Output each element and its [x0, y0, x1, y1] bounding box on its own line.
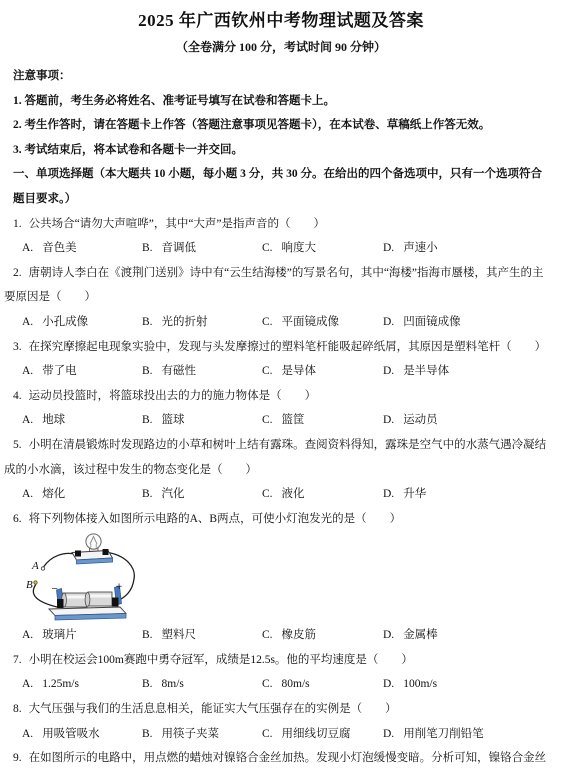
question-text: 将下列物体接入如图所示电路的A、B两点，可使小灯泡发光的是（ ）: [29, 513, 401, 525]
options-row: A.用吸管吸水 B.用筷子夹菜 C.用细线切豆腐 D.用削笔刀削铅笔: [4, 722, 550, 747]
option-text: 篮筐: [282, 414, 305, 426]
option-label: D.: [383, 678, 394, 690]
page-content: 注意事项： 1. 答题前，考生务必将姓名、准考证号填写在试卷和答题卡上。 2. …: [0, 64, 562, 771]
option-text: 用筷子夹菜: [162, 728, 220, 740]
option-label: B.: [142, 728, 153, 740]
option-d: D.金属棒: [383, 623, 550, 648]
question-text-row: 2.唐朝诗人李白在《渡荆门送别》诗中有“云生结海楼”的写景名句，其中“海楼”指海…: [4, 261, 550, 310]
option-label: B.: [142, 242, 153, 254]
option-text: 100m/s: [403, 678, 437, 690]
question-text: 运动员投篮时，将篮球投出去的力的施力物体是（ ）: [29, 390, 317, 402]
option-label: A.: [22, 242, 33, 254]
question-text-row: 3.在探究摩擦起电现象实验中，发现与头发摩擦过的塑料笔杆能吸起碎纸屑，其原因是塑…: [4, 335, 550, 360]
question-text: 在探究摩擦起电现象实验中，发现与头发摩擦过的塑料笔杆能吸起碎纸屑，其原因是塑料笔…: [29, 341, 547, 353]
question-number: 6.: [13, 513, 22, 525]
option-text: 小孔成像: [42, 316, 88, 328]
options-row: A.音色美 B.音调低 C.响度大 D.声速小: [4, 236, 550, 261]
battery-contact-right: [112, 598, 119, 607]
option-text: 凹面镜成像: [403, 316, 461, 328]
question-3: 3.在探究摩擦起电现象实验中，发现与头发摩擦过的塑料笔杆能吸起碎纸屑，其原因是塑…: [4, 335, 550, 384]
option-label: D.: [383, 629, 394, 641]
battery-cell-2: [88, 592, 112, 606]
option-label: B.: [142, 488, 153, 500]
option-label: C.: [262, 678, 273, 690]
circuit-svg: A B: [24, 531, 194, 623]
option-label: C.: [262, 365, 273, 377]
option-label: A.: [22, 488, 33, 500]
battery-cap: [85, 593, 90, 607]
option-label: C.: [262, 414, 273, 426]
notice-heading: 注意事项：: [4, 64, 550, 89]
option-label: D.: [383, 242, 394, 254]
option-a: A.小孔成像: [22, 310, 142, 335]
question-text-row: 8.大气压强与我们的生活息息相关，能证实大气压强存在的实例是（ ）: [4, 697, 550, 722]
option-label: A.: [22, 629, 33, 641]
notice-section: 注意事项： 1. 答题前，考生务必将姓名、准考证号填写在试卷和答题卡上。 2. …: [4, 64, 550, 162]
option-b: B.有磁性: [142, 359, 262, 384]
option-a: A.地球: [22, 408, 142, 433]
terminal-b-dot: [34, 581, 37, 584]
question-2: 2.唐朝诗人李白在《渡荆门送别》诗中有“云生结海楼”的写景名句，其中“海楼”指海…: [4, 261, 550, 335]
option-label: A.: [22, 414, 33, 426]
option-c: C.平面镜成像: [262, 310, 383, 335]
option-text: 有磁性: [162, 365, 197, 377]
option-label: A.: [22, 365, 33, 377]
option-c: C.80m/s: [262, 672, 383, 697]
option-label: A.: [22, 728, 33, 740]
question-number: 3.: [13, 341, 22, 353]
options-row: A.1.25m/s B.8m/s C.80m/s D.100m/s: [4, 672, 550, 697]
notice-item-2: 2. 考生作答时，请在答题卡上作答（答题注意事项见答题卡），在本试卷、草稿纸上作…: [4, 113, 550, 138]
option-text: 地球: [42, 414, 65, 426]
option-label: B.: [142, 678, 153, 690]
option-a: A.玻璃片: [22, 623, 142, 648]
section-heading: 一、单项选择题（本大题共 10 小题，每小题 3 分，共 30 分。在给出的四个…: [4, 162, 550, 211]
option-label: A.: [22, 678, 33, 690]
question-number: 9.: [13, 752, 22, 764]
question-number: 5.: [13, 439, 22, 451]
option-b: B.用筷子夹菜: [142, 722, 262, 747]
question-number: 7.: [13, 654, 22, 666]
option-label: D.: [383, 488, 394, 500]
option-b: B.篮球: [142, 408, 262, 433]
battery-group: − +: [49, 582, 126, 620]
option-label: D.: [383, 365, 394, 377]
option-b: B.音调低: [142, 236, 262, 261]
question-text-row: 7.小明在校运会100m赛跑中勇夺冠军，成绩是12.5s。他的平均速度是（ ）: [4, 648, 550, 673]
question-text-row: 9.在如图所示的电路中，用点燃的蜡烛对镍铬合金丝加热。发现小灯泡缓慢变暗。分析可…: [4, 746, 550, 771]
option-c: C.橡皮筋: [262, 623, 383, 648]
option-b: B.汽化: [142, 482, 262, 507]
question-text-row: 5.小明在清晨锻炼时发现路边的小草和树叶上结有露珠。查阅资料得知，露珠是空气中的…: [4, 433, 550, 482]
option-label: D.: [383, 316, 394, 328]
question-number: 4.: [13, 390, 22, 402]
question-8: 8.大气压强与我们的生活息息相关，能证实大气压强存在的实例是（ ） A.用吸管吸…: [4, 697, 550, 746]
option-text: 音色美: [42, 242, 77, 254]
options-row: A.带了电 B.有磁性 C.是导体 D.是半导体: [4, 359, 550, 384]
option-b: B.8m/s: [142, 672, 262, 697]
question-text: 唐朝诗人李白在《渡荆门送别》诗中有“云生结海楼”的写景名句，其中“海楼”指海市蜃…: [4, 267, 544, 304]
option-d: D.运动员: [383, 408, 550, 433]
option-label: C.: [262, 728, 273, 740]
option-c: C.响度大: [262, 236, 383, 261]
option-text: 光的折射: [162, 316, 208, 328]
option-label: D.: [383, 414, 394, 426]
plus-sign: +: [116, 582, 123, 592]
notice-item-3: 3. 考试结束后，将本试卷和各题卡一并交回。: [4, 138, 550, 163]
option-d: D.用削笔刀削铅笔: [383, 722, 550, 747]
question-number: 8.: [13, 703, 22, 715]
circuit-figure: A B: [4, 531, 550, 623]
option-text: 是半导体: [403, 365, 449, 377]
option-text: 平面镜成像: [282, 316, 340, 328]
terminal-a-label: A: [31, 560, 39, 572]
minus-sign: −: [51, 584, 58, 594]
option-text: 篮球: [162, 414, 185, 426]
terminal-b-label: B: [26, 579, 33, 591]
option-label: C.: [262, 488, 273, 500]
option-text: 用削笔刀削铅笔: [403, 728, 484, 740]
option-label: C.: [262, 242, 273, 254]
option-d: D.声速小: [383, 236, 550, 261]
question-text: 大气压强与我们的生活息息相关，能证实大气压强存在的实例是（ ）: [29, 703, 397, 715]
option-label: C.: [262, 629, 273, 641]
question-text-row: 4.运动员投篮时，将篮球投出去的力的施力物体是（ ）: [4, 384, 550, 409]
question-text: 公共场合“请勿大声喧哗”，其中“大声”是指声音的（ ）: [29, 218, 325, 230]
terminal-a-dot: [41, 567, 44, 570]
option-c: C.是导体: [262, 359, 383, 384]
option-b: B.光的折射: [142, 310, 262, 335]
option-a: A.熔化: [22, 482, 142, 507]
option-a: A.音色美: [22, 236, 142, 261]
option-a: A.1.25m/s: [22, 672, 142, 697]
question-text: 在如图所示的电路中，用点燃的蜡烛对镍铬合金丝加热。发现小灯泡缓慢变暗。分析可知，…: [29, 752, 547, 764]
option-label: B.: [142, 629, 153, 641]
option-text: 升华: [403, 488, 426, 500]
option-text: 玻璃片: [42, 629, 77, 641]
option-text: 是导体: [282, 365, 317, 377]
option-label: A.: [22, 316, 33, 328]
lamp-terminal-left: [75, 551, 81, 557]
option-d: D.是半导体: [383, 359, 550, 384]
battery-contact-left: [57, 599, 64, 608]
question-number: 2.: [13, 267, 22, 279]
question-7: 7.小明在校运会100m赛跑中勇夺冠军，成绩是12.5s。他的平均速度是（ ） …: [4, 648, 550, 697]
option-a: A.带了电: [22, 359, 142, 384]
option-d: D.凹面镜成像: [383, 310, 550, 335]
option-text: 80m/s: [282, 678, 310, 690]
option-text: 音调低: [162, 242, 197, 254]
question-6: 6.将下列物体接入如图所示电路的A、B两点，可使小灯泡发光的是（ ）: [4, 507, 550, 648]
lamp-terminal-right: [103, 549, 109, 555]
option-text: 用吸管吸水: [42, 728, 100, 740]
question-number: 1.: [13, 218, 22, 230]
option-c: C.液化: [262, 482, 383, 507]
option-text: 声速小: [403, 242, 438, 254]
option-text: 1.25m/s: [42, 678, 79, 690]
option-d: D.100m/s: [383, 672, 550, 697]
notice-item-1: 1. 答题前，考生务必将姓名、准考证号填写在试卷和答题卡上。: [4, 89, 550, 114]
page-title: 2025 年广西钦州中考物理试题及答案: [0, 0, 562, 34]
option-c: C.篮筐: [262, 408, 383, 433]
lamp-group: [72, 534, 113, 564]
question-5: 5.小明在清晨锻炼时发现路边的小草和树叶上结有露珠。查阅资料得知，露珠是空气中的…: [4, 433, 550, 507]
option-text: 响度大: [282, 242, 317, 254]
question-4: 4.运动员投篮时，将篮球投出去的力的施力物体是（ ） A.地球 B.篮球 C.篮…: [4, 384, 550, 433]
options-row: A.小孔成像 B.光的折射 C.平面镜成像 D.凹面镜成像: [4, 310, 550, 335]
options-row: A.熔化 B.汽化 C.液化 D.升华: [4, 482, 550, 507]
option-label: B.: [142, 316, 153, 328]
option-text: 用细线切豆腐: [282, 728, 351, 740]
option-text: 橡皮筋: [282, 629, 317, 641]
question-text: 小明在校运会100m赛跑中勇夺冠军，成绩是12.5s。他的平均速度是（ ）: [29, 654, 413, 666]
question-text-row: 6.将下列物体接入如图所示电路的A、B两点，可使小灯泡发光的是（ ）: [4, 507, 550, 532]
option-label: B.: [142, 365, 153, 377]
wire-lamp-to-a: [44, 554, 78, 568]
question-1: 1.公共场合“请勿大声喧哗”，其中“大声”是指声音的（ ） A.音色美 B.音调…: [4, 212, 550, 261]
option-text: 塑料尺: [162, 629, 197, 641]
option-c: C.用细线切豆腐: [262, 722, 383, 747]
option-text: 液化: [282, 488, 305, 500]
option-b: B.塑料尺: [142, 623, 262, 648]
option-text: 金属棒: [403, 629, 438, 641]
option-d: D.升华: [383, 482, 550, 507]
option-text: 带了电: [42, 365, 77, 377]
exam-page: 2025 年广西钦州中考物理试题及答案 （全卷满分 100 分，考试时间 90 …: [0, 0, 562, 773]
question-text-row: 1.公共场合“请勿大声喧哗”，其中“大声”是指声音的（ ）: [4, 212, 550, 237]
options-row: A.地球 B.篮球 C.篮筐 D.运动员: [4, 408, 550, 433]
page-subtitle: （全卷满分 100 分，考试时间 90 分钟）: [0, 34, 562, 60]
options-row: A.玻璃片 B.塑料尺 C.橡皮筋 D.金属棒: [4, 623, 550, 648]
question-9: 9.在如图所示的电路中，用点燃的蜡烛对镍铬合金丝加热。发现小灯泡缓慢变暗。分析可…: [4, 746, 550, 771]
option-text: 8m/s: [162, 678, 184, 690]
option-text: 汽化: [162, 488, 185, 500]
option-label: C.: [262, 316, 273, 328]
question-text: 小明在清晨锻炼时发现路边的小草和树叶上结有露珠。查阅资料得知，露珠是空气中的水蒸…: [4, 439, 546, 476]
option-label: D.: [383, 728, 394, 740]
option-label: B.: [142, 414, 153, 426]
option-a: A.用吸管吸水: [22, 722, 142, 747]
option-text: 熔化: [42, 488, 65, 500]
option-text: 运动员: [403, 414, 438, 426]
